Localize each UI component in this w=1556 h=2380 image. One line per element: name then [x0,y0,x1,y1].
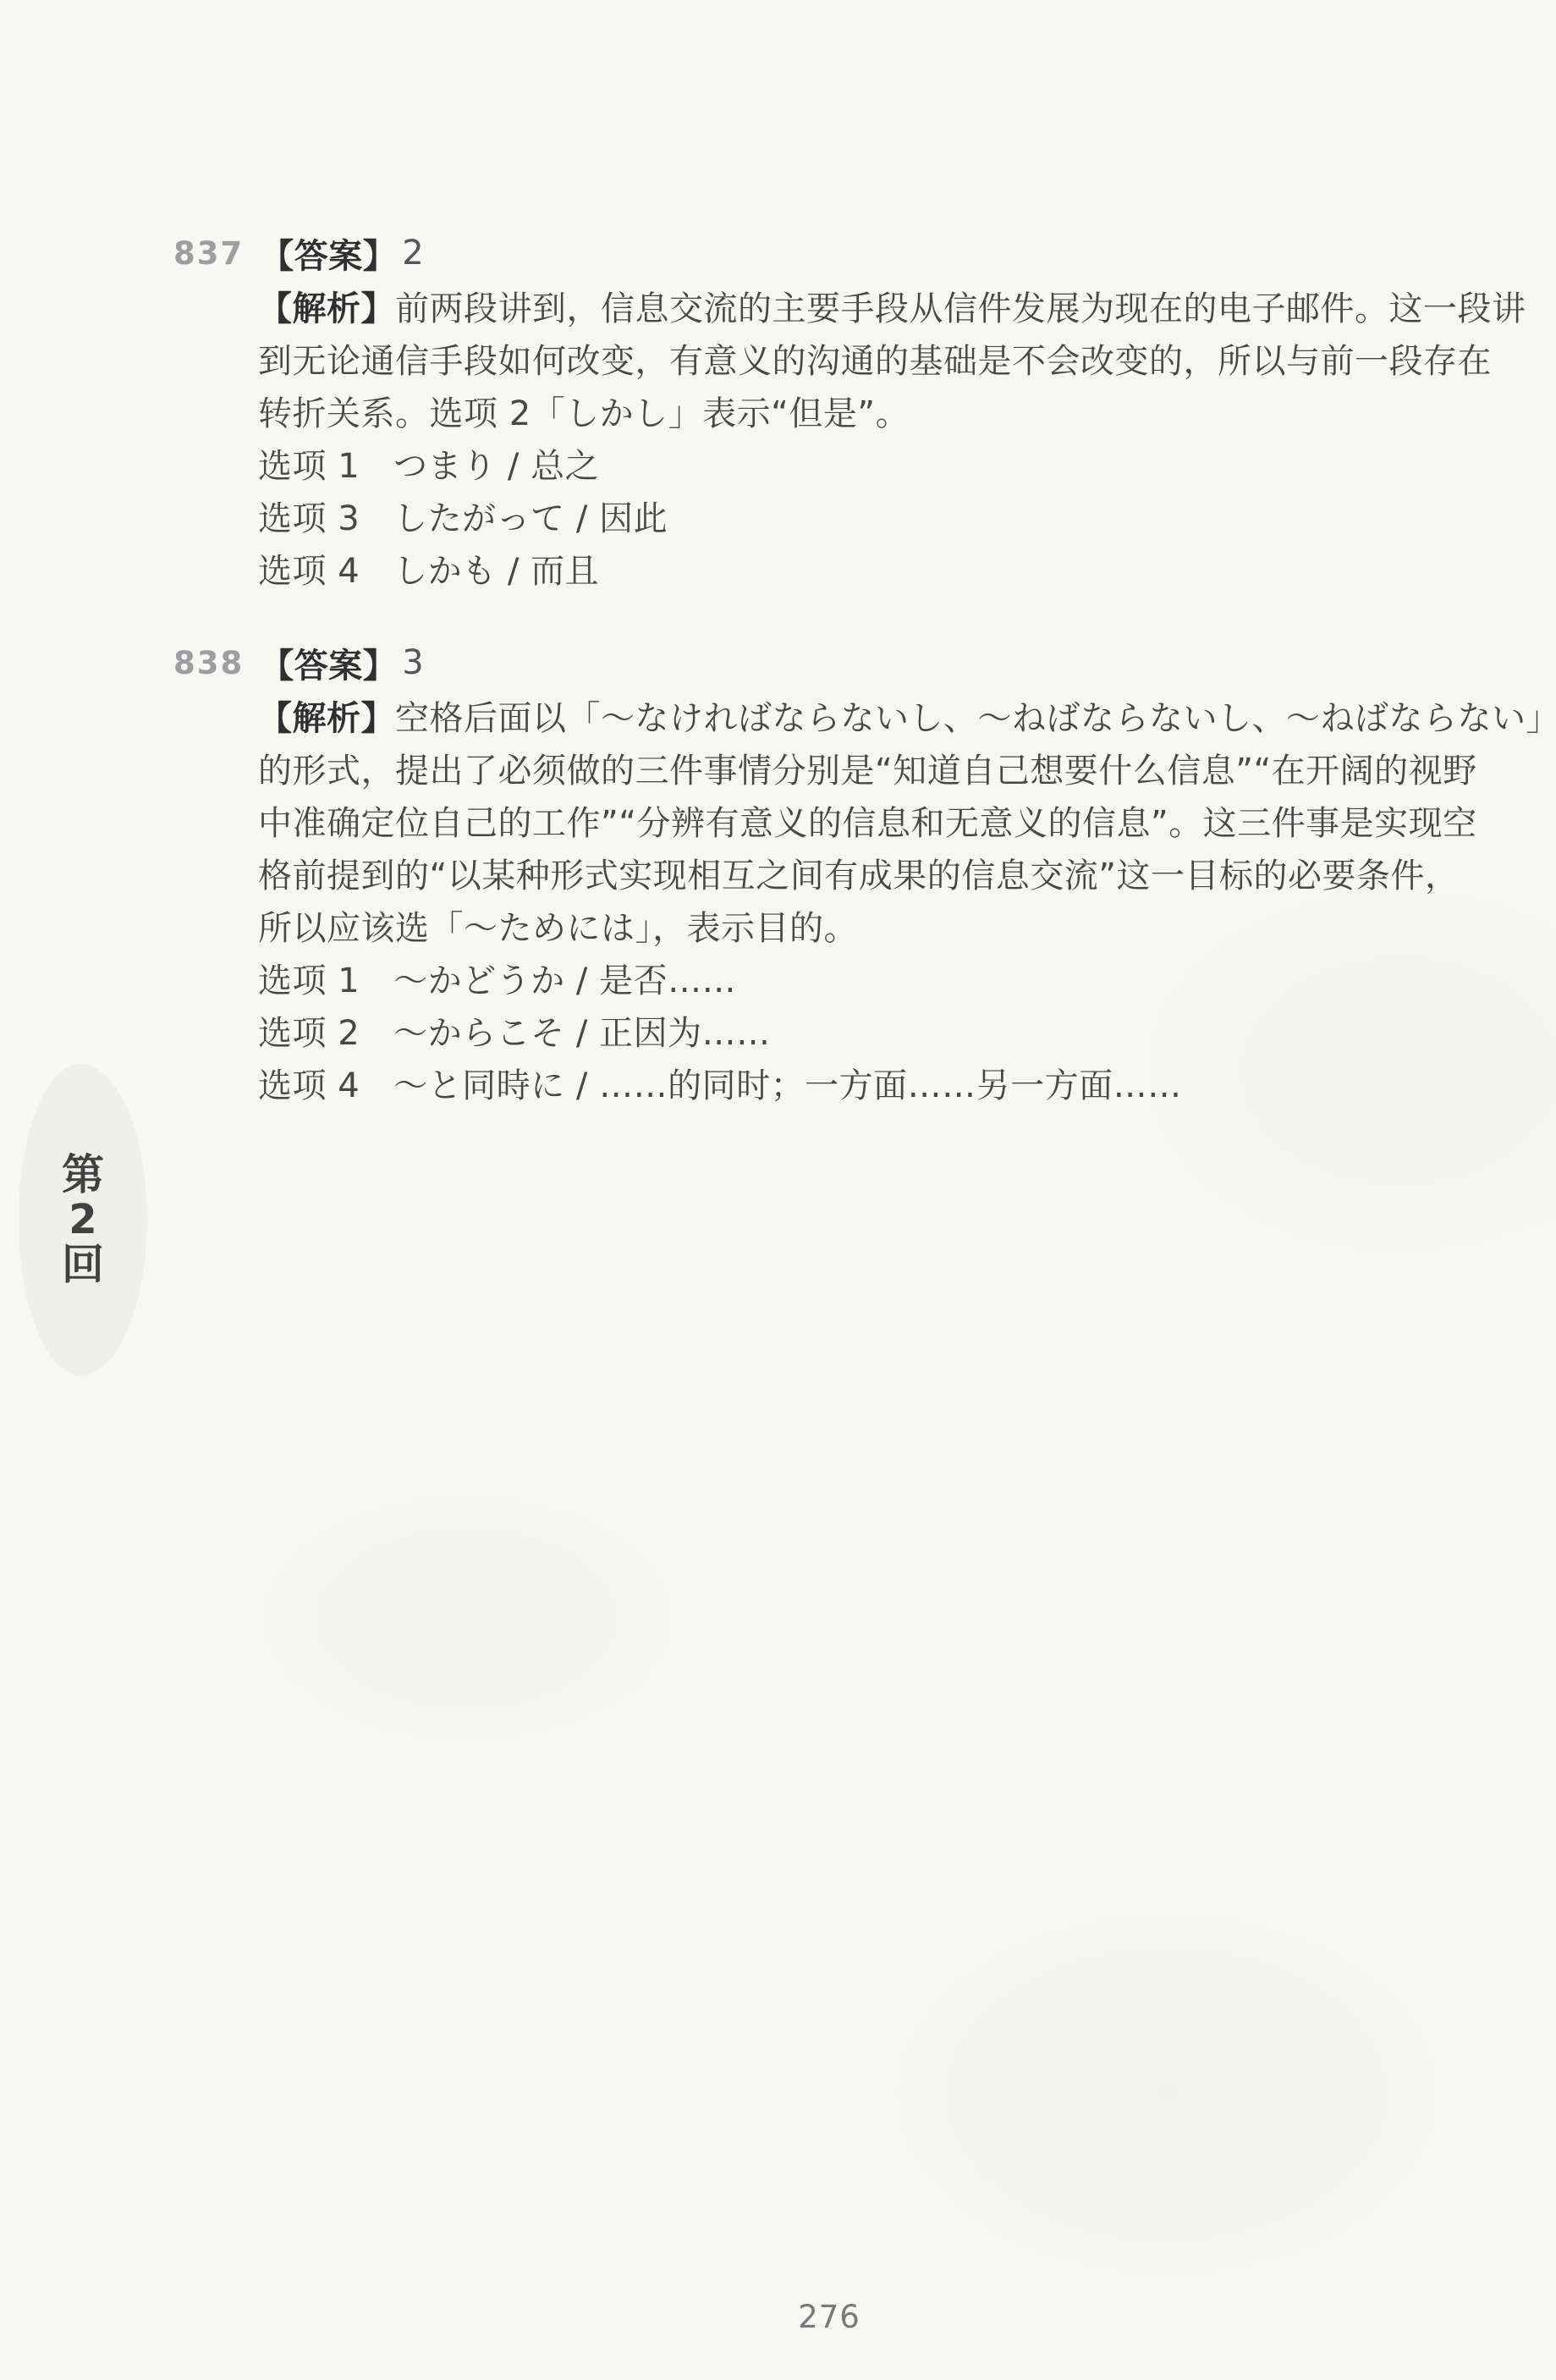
answer-label: 【答案】 [260,229,397,278]
answer-value: 2 [402,234,424,273]
option-label: 选项 4 [258,544,360,592]
analysis-label: 【解析】 [258,282,395,330]
answer-block-837: 837 【答案】 2 【解析】 前两段讲到，信息交流的主要手段从信件发展为现在的… [0,227,1556,594]
analysis-label: 【解析】 [258,691,395,740]
option-row: 选项 4 ～と同時に / ……的同时；一方面……另一方面…… [0,1056,1556,1109]
chapter-tab-char: 2 [69,1198,96,1242]
option-text: ～からこそ / 正因为…… [393,1006,770,1055]
option-text: ～と同時に / ……的同时；一方面……另一方面…… [393,1059,1181,1107]
analysis-text: 空格后面以「～なければならないし、～ねばならないし、～ねばならない」 [395,691,1556,740]
option-label: 选项 4 [258,1059,360,1107]
option-label: 选项 1 [258,439,360,488]
option-label: 选项 2 [258,1006,360,1055]
analysis-line: 所以应该选「～ためには」，表示目的。 [0,899,1556,951]
option-label: 选项 3 [258,492,360,540]
answer-value: 3 [402,643,424,682]
option-row: 选项 1 つまり / 总之 [0,437,1556,489]
book-page: 837 【答案】 2 【解析】 前两段讲到，信息交流的主要手段从信件发展为现在的… [0,0,1556,2380]
analysis-line: 格前提到的“以某种形式实现相互之间有成果的信息交流”这一目标的必要条件， [0,846,1556,899]
option-row: 选项 4 しかも / 而且 [0,542,1556,594]
option-text: しかも / 而且 [393,544,599,592]
item-number: 837 [173,235,244,272]
answer-block-838: 838 【答案】 3 【解析】 空格后面以「～なければならないし、～ねばならない… [0,636,1556,1109]
analysis-line: 中准确定位自己的工作”“分辨有意义的信息和无意义的信息”。这三件事是实现空 [0,794,1556,846]
option-row: 选项 3 したがって / 因此 [0,489,1556,542]
analysis-line: 【解析】 前两段讲到，信息交流的主要手段从信件发展为现在的电子邮件。这一段讲 [0,279,1556,332]
item-number: 838 [173,645,244,681]
option-row: 选项 2 ～からこそ / 正因为…… [0,1004,1556,1056]
answer-line: 837 【答案】 2 [0,227,1556,279]
option-text: つまり / 总之 [393,439,599,488]
answer-label: 【答案】 [260,639,397,687]
analysis-line: 到无论通信手段如何改变，有意义的沟通的基础是不会改变的，所以与前一段存在 [0,332,1556,384]
analysis-line: 转折关系。选项 2「しかし」表示“但是”。 [0,384,1556,437]
option-label: 选项 1 [258,954,360,1002]
chapter-tab-char: 第 [62,1153,104,1198]
option-row: 选项 1 ～かどうか / 是否…… [0,951,1556,1004]
chapter-tab-char: 回 [62,1242,104,1287]
analysis-line: 【解析】 空格后面以「～なければならないし、～ねばならないし、～ねばならない」 [0,689,1556,741]
answer-line: 838 【答案】 3 [0,636,1556,689]
option-text: したがって / 因此 [393,492,668,540]
option-text: ～かどうか / 是否…… [393,954,736,1002]
analysis-line: 的形式，提出了必须做的三件事情分别是“知道自己想要什么信息”“在开阔的视野 [0,741,1556,794]
page-number: 276 [745,2299,914,2335]
chapter-tab-round-2: 第 2 回 [19,1064,147,1375]
analysis-text: 前两段讲到，信息交流的主要手段从信件发展为现在的电子邮件。这一段讲 [395,282,1526,330]
